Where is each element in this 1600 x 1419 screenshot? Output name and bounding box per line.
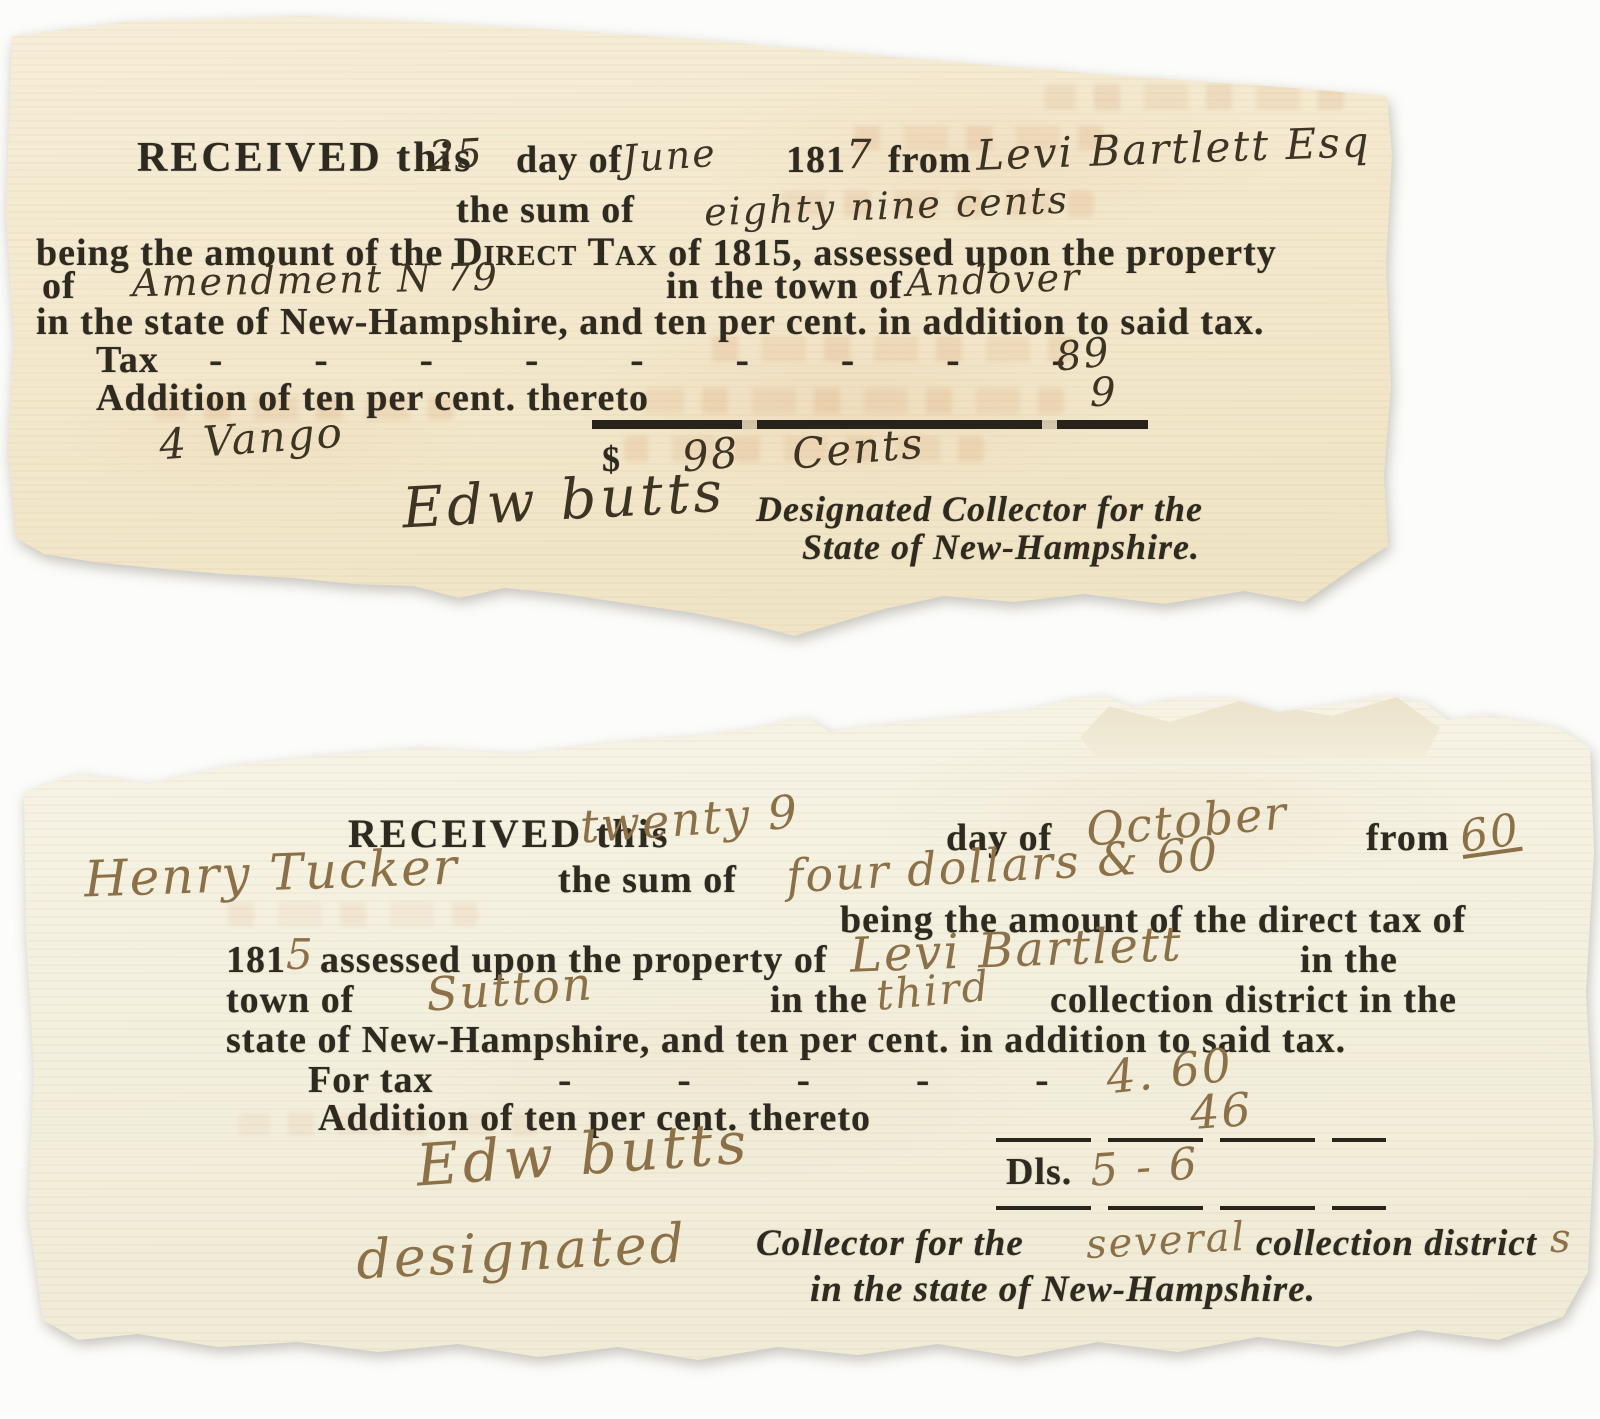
in-the-label-1: in the	[1300, 938, 1398, 982]
from-label: from	[1366, 816, 1450, 860]
signature-handwritten: Edw butts	[401, 460, 728, 542]
addition-value-handwritten: 9	[1090, 370, 1117, 416]
month-handwritten: June	[621, 131, 719, 181]
in-the-label-2: in the	[770, 978, 868, 1022]
from-note-handwritten: 60	[1457, 804, 1524, 863]
bleed-through-mark	[644, 388, 1064, 414]
dls-label: Dls.	[1006, 1150, 1072, 1194]
district-handwritten: third	[874, 961, 992, 1020]
collector-hand-word: several	[1085, 1214, 1247, 1268]
sum-label: the sum of	[558, 858, 737, 902]
addition-label: Addition of ten per cent. thereto	[96, 376, 649, 420]
district-label: collection district in the	[1050, 978, 1457, 1022]
collector-line-1: Designated Collector for the	[756, 488, 1203, 530]
total-rule-bottom	[996, 1206, 1386, 1210]
collector-line-2: State of New-Hampshire.	[802, 526, 1200, 568]
scanned-document-page: { "receipt1": { "received_label": "RECEI…	[0, 0, 1600, 1419]
received-label: RECEIVED this	[137, 134, 474, 182]
day-handwritten: 25	[428, 131, 485, 180]
year-handwritten-digit: 5	[286, 930, 315, 979]
day-handwritten: twenty 9	[578, 784, 800, 853]
property-desc-handwritten: Amendment N 79	[132, 255, 500, 305]
year-printed: 181	[786, 138, 846, 182]
bleed-through-mark	[1044, 84, 1344, 110]
year-handwritten-digit: 7	[846, 132, 873, 178]
signature-title-handwritten: designated	[355, 1211, 689, 1291]
cents-word-handwritten: Cents	[790, 418, 926, 478]
sum-label: the sum of	[456, 188, 635, 232]
town-label: town of	[226, 978, 354, 1022]
day-of-label: day of	[516, 138, 622, 182]
amount-words-handwritten: four dollars & 60	[785, 827, 1220, 904]
collector-prefix: Collector for the	[756, 1222, 1024, 1265]
payer-handwritten: Henry Tucker	[83, 837, 460, 908]
receipt-1-paper: RECEIVED this 25 day of June 181 7 from …	[4, 6, 1396, 654]
from-label: from	[888, 138, 972, 182]
amount-words-handwritten: eighty nine cents	[703, 178, 1069, 235]
receipt-2: RECEIVED this twenty 9 day of October fr…	[18, 692, 1600, 1406]
collector-suffix-hand: s	[1550, 1216, 1573, 1262]
collector-line-2: in the state of New-Hampshire.	[810, 1268, 1316, 1311]
year-printed: 181	[226, 938, 286, 982]
collector-suffix: collection district	[1256, 1222, 1537, 1265]
bleed-through-mark	[218, 902, 478, 926]
town-handwritten: Sutton	[424, 956, 595, 1022]
receipt-2-paper: RECEIVED this twenty 9 day of October fr…	[18, 692, 1600, 1406]
addition-value-handwritten: 46	[1188, 1082, 1254, 1140]
town-handwritten: Andover	[905, 255, 1082, 305]
receipt-1: RECEIVED this 25 day of June 181 7 from …	[4, 6, 1396, 654]
total-value-handwritten: 5 - 6	[1088, 1138, 1200, 1196]
paper-fold-flap	[1080, 694, 1440, 756]
